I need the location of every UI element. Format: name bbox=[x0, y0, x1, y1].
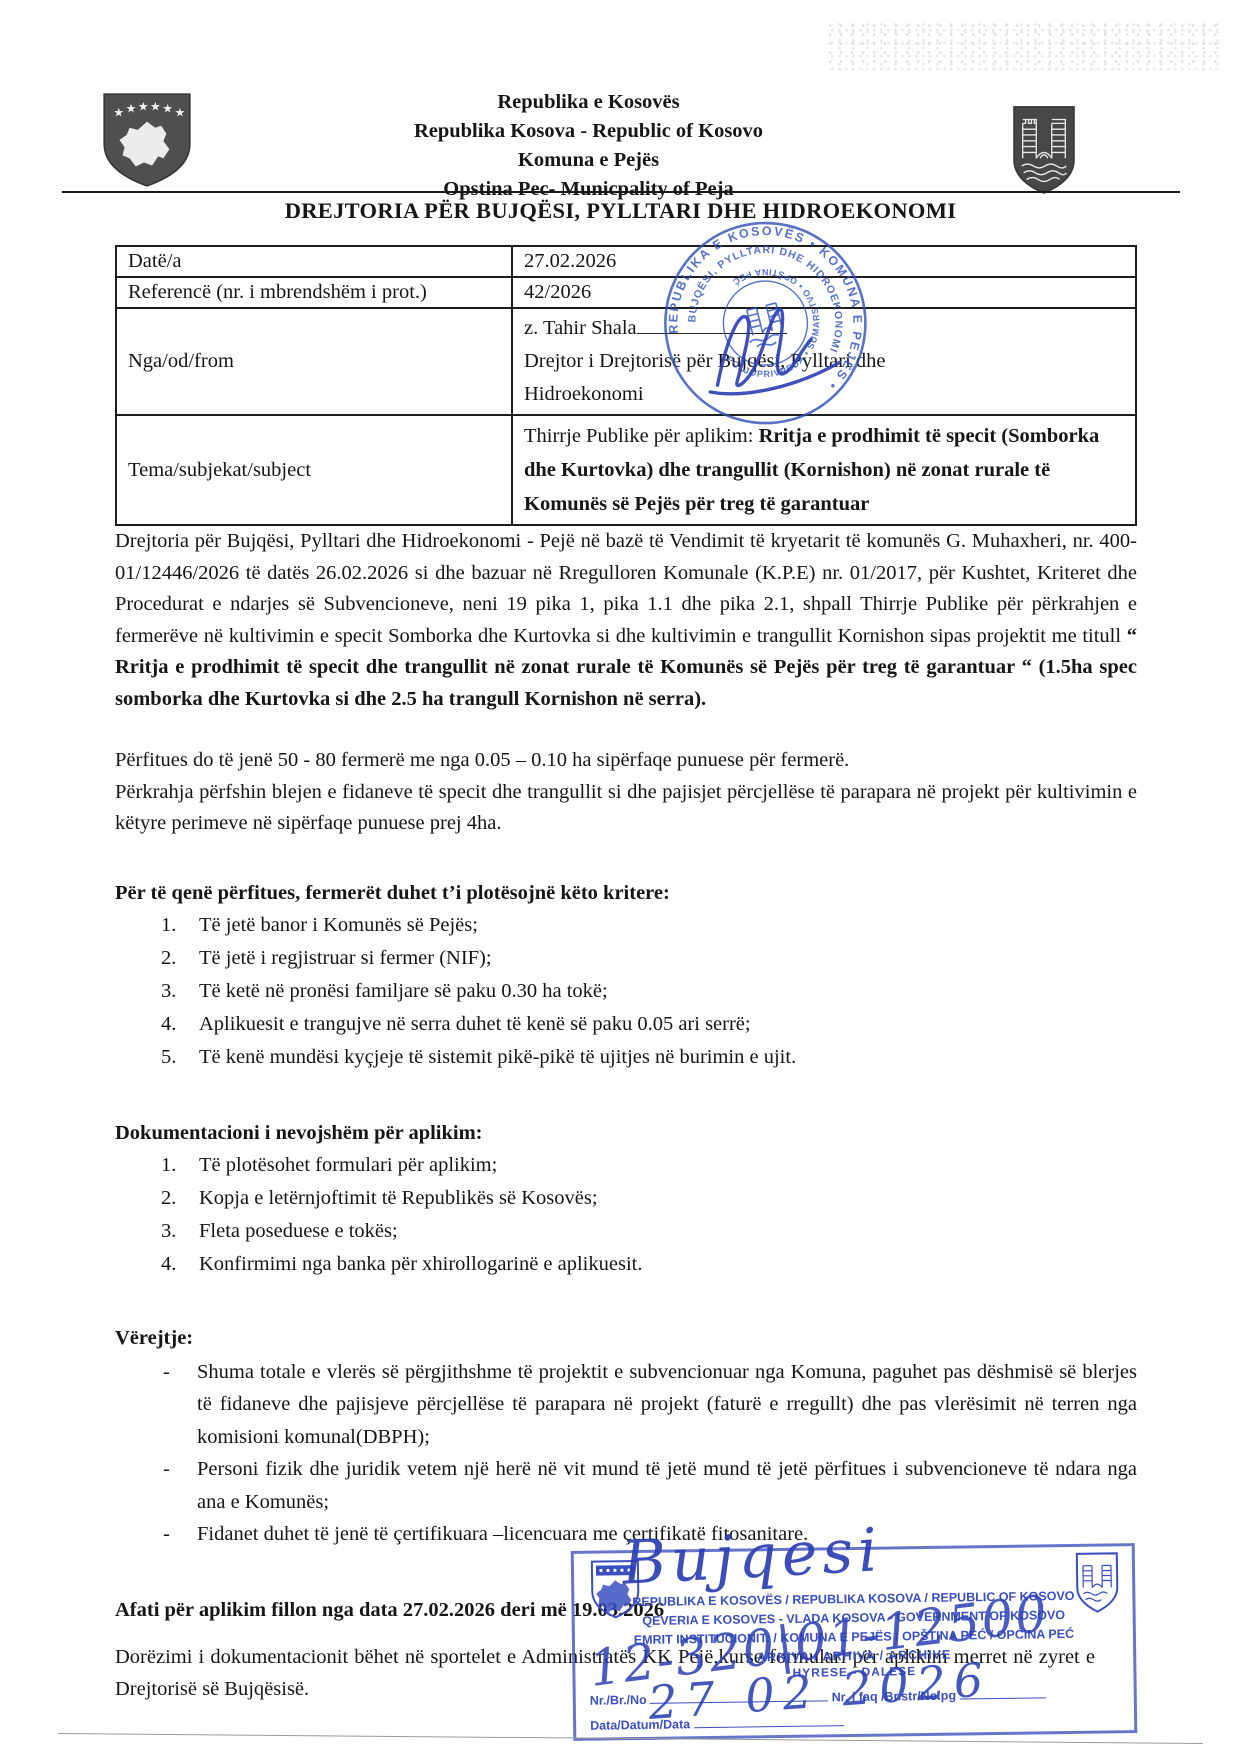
list-item: Personi fizik dhe juridik vetem një herë… bbox=[115, 1453, 1137, 1518]
criteria-list: Të jetë banor i Komunës së Pejës; Të jet… bbox=[115, 909, 1137, 1074]
date-label: Datë/a bbox=[116, 246, 512, 277]
list-item: Shuma totale e vlerës së përgjithshme të… bbox=[115, 1356, 1137, 1454]
criteria-item-2: Të jetë i regjistruar si fermer (NIF); bbox=[199, 942, 492, 975]
list-item: Të ketë në pronësi familjare së paku 0.3… bbox=[115, 975, 1137, 1008]
criteria-heading: Për të qenë përfitues, fermerët duhet t’… bbox=[115, 882, 1137, 905]
header-divider bbox=[62, 191, 1180, 193]
table-row-subject: Tema/subjekat/subject Thirrje Publike pë… bbox=[116, 415, 1136, 525]
department-title: DREJTORIA PËR BUJQËSI, PYLLTARI DHE HIDR… bbox=[0, 198, 1241, 224]
list-item: Kopja e letërnjoftimit të Republikës së … bbox=[115, 1182, 1137, 1215]
list-item: Të kenë mundësi kyçjeje të sistemit pikë… bbox=[115, 1041, 1137, 1074]
documents-list: Të plotësohet formulari për aplikim; Kop… bbox=[115, 1149, 1137, 1281]
notes-heading: Vërejtje: bbox=[115, 1327, 1137, 1350]
notes-item-2: Personi fizik dhe juridik vetem një herë… bbox=[197, 1453, 1137, 1518]
notes-item-1: Shuma totale e vlerës së përgjithshme të… bbox=[197, 1356, 1137, 1454]
list-item: Aplikuesit e trangujve në serra duhet të… bbox=[115, 1008, 1137, 1041]
list-item: Konfirmimi nga banka për xhirollogarinë … bbox=[115, 1248, 1137, 1281]
header-line-municipality-sq: Komuna e Pejës bbox=[0, 146, 1209, 175]
documents-item-1: Të plotësohet formulari për aplikim; bbox=[199, 1149, 497, 1182]
criteria-item-3: Të ketë në pronësi familjare së paku 0.3… bbox=[199, 975, 608, 1008]
subject-value: Thirrje Publike për aplikim: Rritja e pr… bbox=[512, 415, 1136, 525]
beneficiaries-paragraph: Përfitues do të jenë 50 - 80 fermerë me … bbox=[115, 745, 1137, 840]
documents-item-3: Fleta poseduese e tokës; bbox=[199, 1215, 398, 1248]
notes-list: Shuma totale e vlerës së përgjithshme të… bbox=[115, 1356, 1137, 1551]
signature-icon bbox=[695, 285, 856, 410]
criteria-item-4: Aplikuesit e trangujve në serra duhet të… bbox=[199, 1008, 751, 1041]
list-item: Të jetë banor i Komunës së Pejës; bbox=[115, 909, 1137, 942]
list-item: Fleta poseduese e tokës; bbox=[115, 1215, 1137, 1248]
from-name: z. Tahir Shala bbox=[524, 317, 637, 339]
criteria-item-1: Të jetë banor i Komunës së Pejës; bbox=[199, 909, 478, 942]
list-item: Të plotësohet formulari për aplikim; bbox=[115, 1149, 1137, 1182]
meta-table: Datë/a 27.02.2026 Referencë (nr. i mbren… bbox=[115, 245, 1137, 526]
documents-item-4: Konfirmimi nga banka për xhirollogarinë … bbox=[199, 1248, 642, 1281]
scanner-noise bbox=[828, 22, 1223, 70]
handwriting-department: Bujqesi bbox=[620, 1515, 884, 1599]
beneficiaries-line-2: Përkrahja përfshin blejen e fidaneve të … bbox=[115, 777, 1137, 840]
table-row-from: Nga/od/from z. Tahir Shala Drejtor i Dre… bbox=[116, 308, 1136, 415]
criteria-item-5: Të kenë mundësi kyçjeje të sistemit pikë… bbox=[199, 1041, 796, 1074]
document-header: Republika e Kosovës Republika Kosova - R… bbox=[0, 88, 1209, 204]
from-label: Nga/od/from bbox=[116, 308, 512, 415]
intro-regular: Drejtoria për Bujqësi, Pylltari dhe Hidr… bbox=[115, 530, 1137, 647]
subject-label: Tema/subjekat/subject bbox=[116, 415, 512, 525]
intro-paragraph: Drejtoria për Bujqësi, Pylltari dhe Hidr… bbox=[115, 526, 1137, 715]
header-line-republic-multi: Republika Kosova - Republic of Kosovo bbox=[0, 117, 1209, 146]
list-item: Të jetë i regjistruar si fermer (NIF); bbox=[115, 942, 1137, 975]
beneficiaries-line-1: Përfitues do të jenë 50 - 80 fermerë me … bbox=[115, 745, 1137, 777]
header-line-republic-sq: Republika e Kosovës bbox=[0, 88, 1209, 117]
reference-label: Referencë (nr. i mbrendshëm i prot.) bbox=[116, 277, 512, 308]
document-body: Datë/a 27.02.2026 Referencë (nr. i mbren… bbox=[115, 245, 1137, 1705]
documents-item-2: Kopja e letërnjoftimit të Republikës së … bbox=[199, 1182, 598, 1215]
table-row-reference: Referencë (nr. i mbrendshëm i prot.) 42/… bbox=[116, 277, 1136, 308]
documents-heading: Dokumentacioni i nevojshëm për aplikim: bbox=[115, 1122, 1137, 1145]
